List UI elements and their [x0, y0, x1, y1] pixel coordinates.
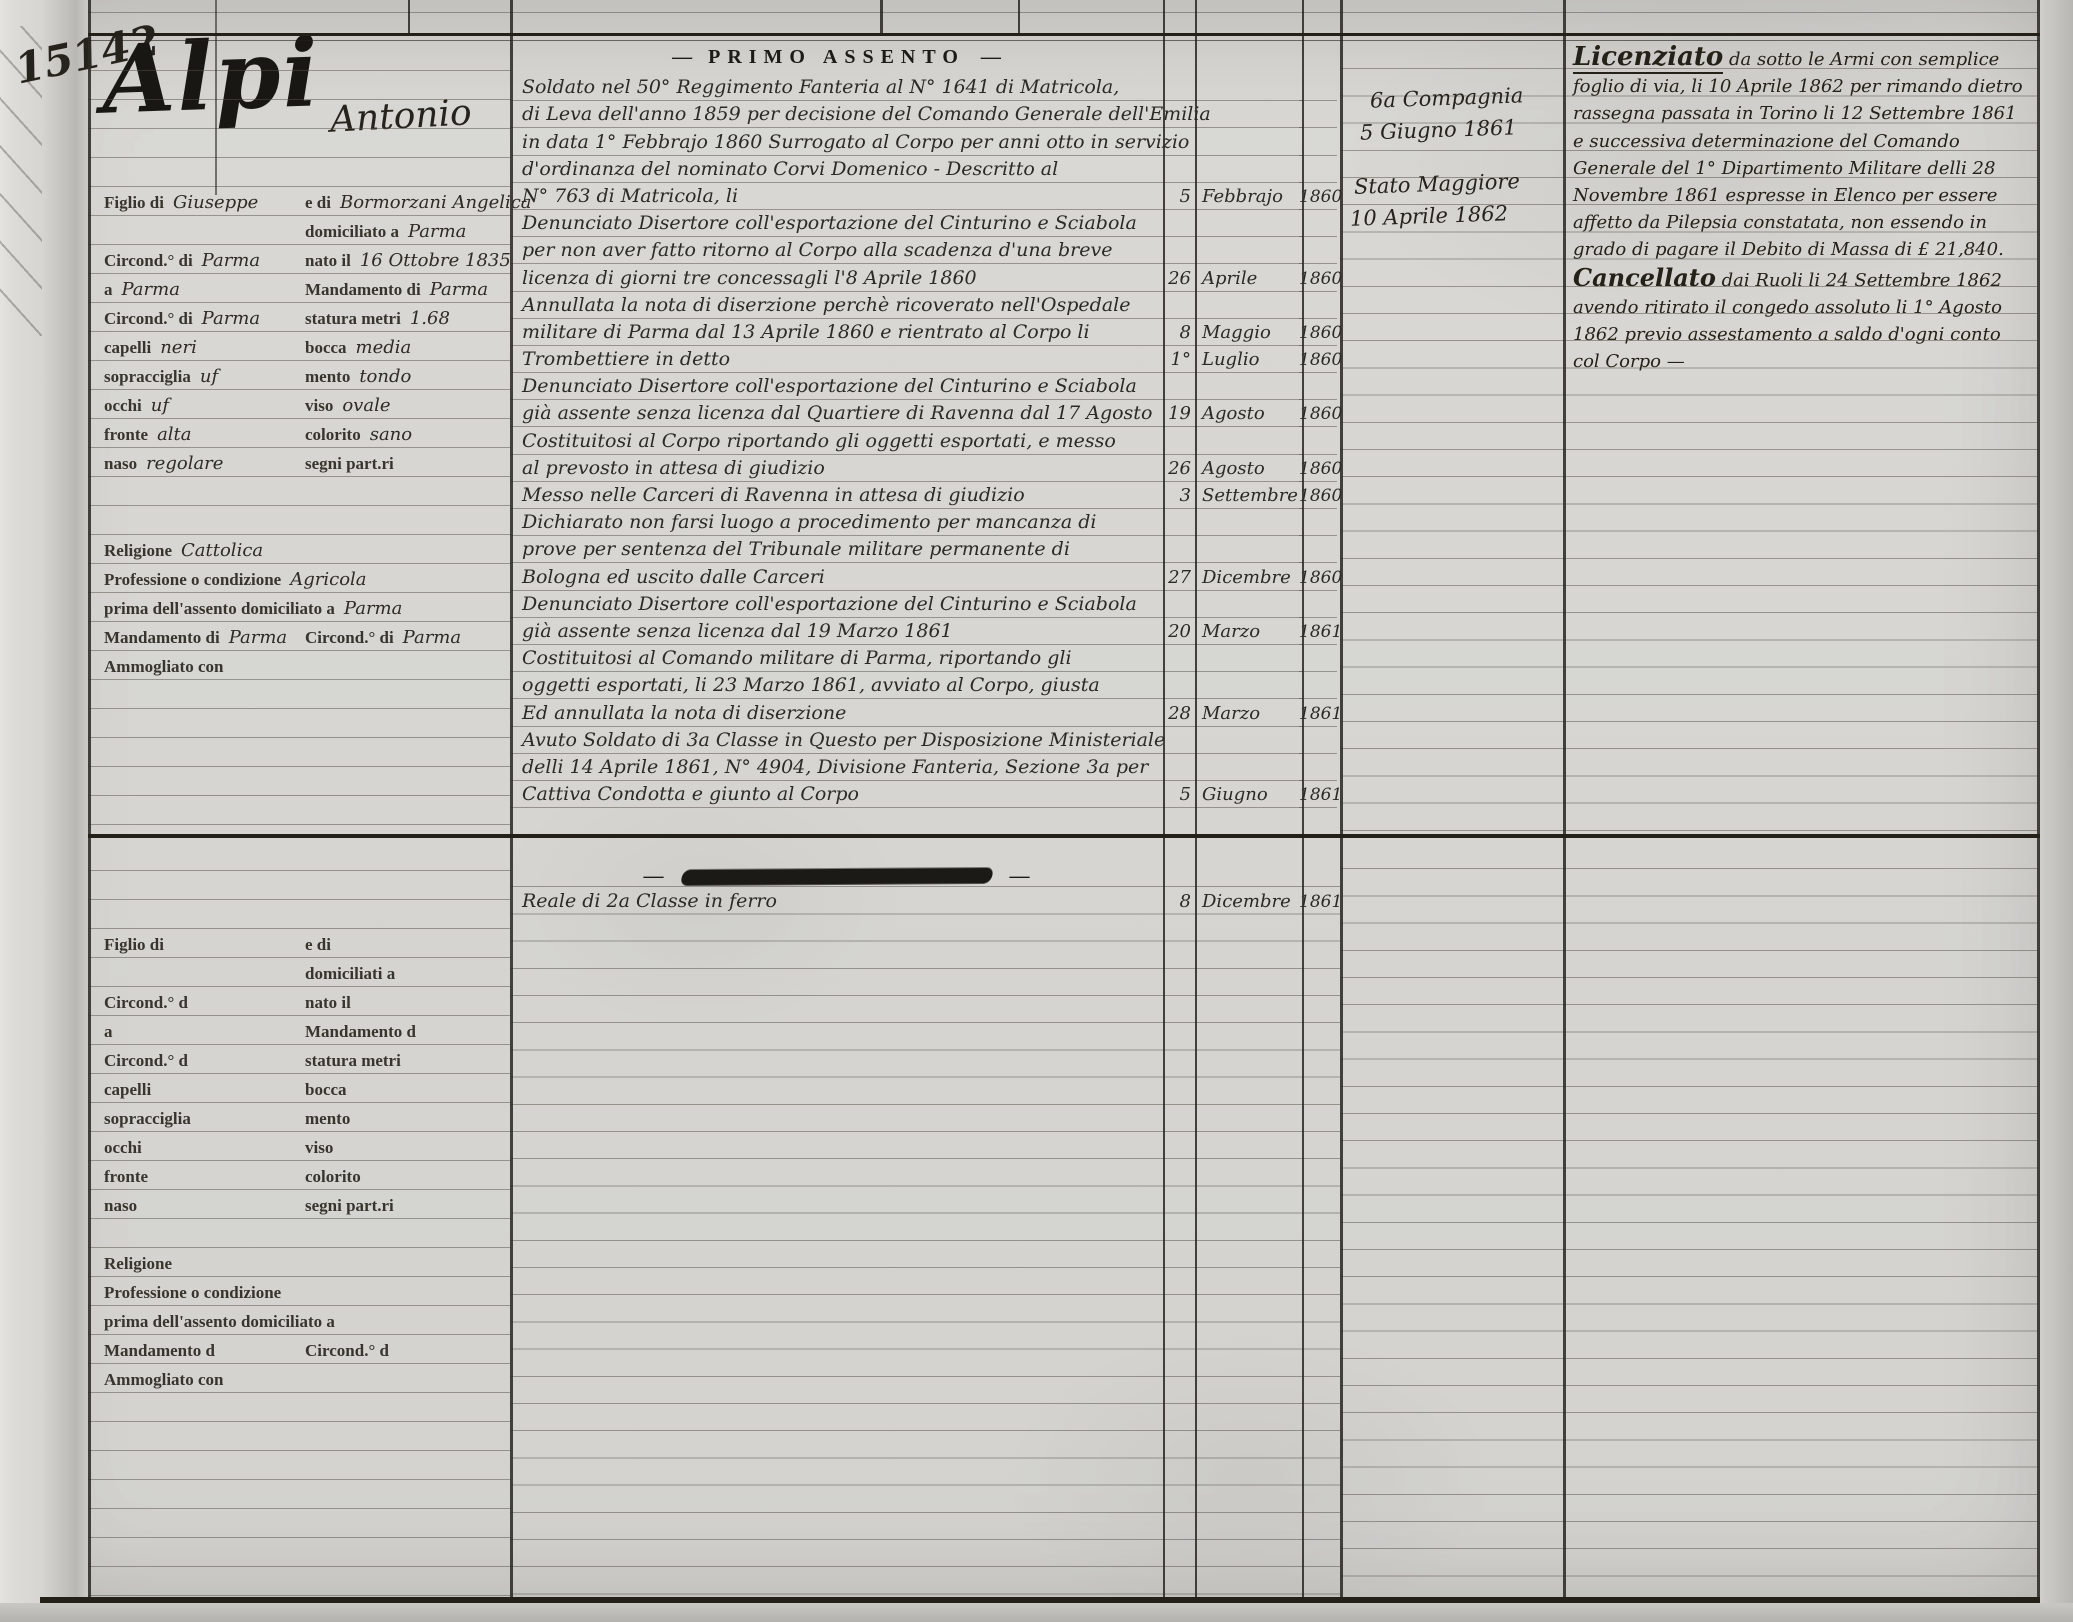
title-dash: — [644, 865, 664, 888]
service-date-year: 1860 [1299, 455, 1337, 482]
field-label: Circond.° d [305, 1341, 389, 1361]
field-value: Parma [202, 250, 260, 271]
service-text: per non aver fatto ritorno al Corpo alla… [510, 237, 1163, 264]
field-value: Parma [408, 221, 466, 242]
field-label: Professione o condizione [104, 570, 281, 590]
service-date-year [1299, 727, 1337, 754]
service-date-month: Giugno [1195, 781, 1302, 808]
detail-row [88, 1219, 510, 1248]
detail-row: Ammogliato con [88, 651, 510, 680]
service-date-day [1163, 645, 1195, 672]
service-date-day: 3 [1163, 482, 1195, 509]
detail-row: Religione [88, 1248, 510, 1277]
service-date-month [1195, 237, 1302, 264]
service-date-day: 8 [1163, 319, 1195, 346]
service-date-year [1299, 237, 1337, 264]
field-label: colorito [305, 1167, 361, 1187]
service-date-day [1163, 101, 1195, 128]
detail-field-left: Figlio di [104, 935, 305, 955]
company-column-record2 [1340, 842, 1563, 1597]
service-date-day [1163, 672, 1195, 699]
company-column-record1: 6a Compagnia 5 Giugno 1861 Stato Maggior… [1340, 42, 1563, 834]
detail-row: Circond.° di Parma nato il 16 Ottobre 18… [88, 245, 510, 274]
detail-row: Mandamento di Parma Circond.° di Parma [88, 622, 510, 651]
service-date-year: 1860 [1299, 183, 1337, 210]
section2-title: — — [510, 865, 1163, 888]
detail-field-left: a [104, 1022, 305, 1042]
service-text: Denunciato Disertore coll'esportazione d… [510, 591, 1163, 618]
service-date-month: Agosto [1195, 400, 1302, 427]
field-label: sopracciglia [104, 1109, 191, 1129]
field-label: e di [305, 935, 331, 955]
service-date-day: 27 [1163, 563, 1195, 590]
margin-note: Cancellato dai Ruoli li 24 Settembre 186… [1563, 264, 2037, 376]
service-row: N° 763 di Matricola, li 5 Febbrajo 1860 [510, 183, 1340, 210]
service-text: licenza di giorni tre concessagli l'8 Ap… [510, 264, 1163, 291]
detail-field-left: Ammogliato con [104, 657, 305, 677]
detail-row: Professione o condizione Agricola [88, 564, 510, 593]
field-value: Giuseppe [173, 192, 258, 213]
field-label: fronte [104, 1167, 148, 1187]
service-date-year [1299, 373, 1337, 400]
field-label: segni part.ri [305, 454, 394, 474]
service-date-day [1163, 237, 1195, 264]
field-value: Cattolica [181, 540, 263, 561]
detail-row [88, 871, 510, 900]
service-date-day [1163, 74, 1195, 101]
field-value: 16 Ottobre 1835 [360, 250, 511, 271]
field-label: Figlio di [104, 193, 164, 213]
service-text: N° 763 di Matricola, li [510, 183, 1163, 210]
section-title-primo-assento: — PRIMO ASSENTO — [510, 46, 1163, 69]
field-label: Religione [104, 541, 172, 561]
vertical-rule-left-border [88, 0, 91, 1603]
service-text: in data 1° Febbrajo 1860 Surrogato al Co… [510, 128, 1163, 155]
service-date-month: Febbrajo [1195, 183, 1302, 210]
detail-field-right: statura metri [305, 1051, 506, 1071]
service-row: d'ordinanza del nominato Corvi Domenico … [510, 156, 1340, 183]
service-date-month [1195, 74, 1302, 101]
service-row: Reale di 2a Classe in ferro 8 Dicembre 1… [510, 887, 1340, 914]
field-label: a [104, 280, 113, 300]
field-value: Parma [344, 598, 402, 619]
field-label: Mandamento d [104, 1341, 215, 1361]
detail-field-right: Circond.° di Parma [305, 627, 506, 648]
service-date-year [1299, 672, 1337, 699]
detail-field-left: Religione [104, 1254, 305, 1274]
detail-field-right: Mandamento di Parma [305, 279, 506, 300]
service-row: Denunciato Disertore coll'esportazione d… [510, 210, 1340, 237]
service-date-year: 1860 [1299, 264, 1337, 291]
detail-field-left: Religione Cattolica [104, 540, 305, 561]
detail-row: naso regolare segni part.ri [88, 448, 510, 477]
service-date-day [1163, 210, 1195, 237]
detail-field-right: e di Bormorzani Angelica [305, 192, 506, 213]
detail-field-left: Circond.° di Parma [104, 308, 305, 329]
service-date-year [1299, 536, 1337, 563]
service-text: prove per sentenza del Tribunale militar… [510, 536, 1163, 563]
service-row: Messo nelle Carceri di Ravenna in attesa… [510, 482, 1340, 509]
service-text: delli 14 Aprile 1861, N° 4904, Divisione… [510, 754, 1163, 781]
detail-field-right: mento [305, 1109, 506, 1129]
detail-field-right: statura metri 1.68 [305, 308, 506, 329]
service-text: Costituitosi al Comando militare di Parm… [510, 645, 1163, 672]
detail-row [88, 506, 510, 535]
detail-row: Ammogliato con [88, 1364, 510, 1393]
field-value: 1.68 [410, 308, 450, 329]
detail-field-right: nato il 16 Ottobre 1835 [305, 250, 506, 271]
detail-field-right: domiciliati a [305, 964, 506, 984]
service-date-day: 19 [1163, 400, 1195, 427]
field-value: media [356, 337, 412, 358]
detail-row: naso segni part.ri [88, 1190, 510, 1219]
field-label: a [104, 1022, 113, 1042]
field-value: Parma [403, 627, 461, 648]
field-label: Circond.° di [305, 628, 394, 648]
service-date-day [1163, 591, 1195, 618]
service-date-day [1163, 427, 1195, 454]
detail-row: Circond.° di Parma statura metri 1.68 [88, 303, 510, 332]
service-date-day [1163, 128, 1195, 155]
detail-row [88, 1393, 510, 1422]
margin-note-lead: Licenziato [1573, 42, 1723, 74]
section-title-text: PRIMO ASSENTO [708, 46, 965, 69]
field-value: ovale [342, 395, 390, 416]
service-date-year: 1861 [1299, 887, 1337, 914]
service-row: Costituitosi al Comando militare di Parm… [510, 645, 1340, 672]
detail-field-left: naso regolare [104, 453, 305, 474]
field-value: Parma [430, 279, 488, 300]
detail-field-right: Circond.° d [305, 1341, 506, 1361]
service-date-year: 1860 [1299, 319, 1337, 346]
service-date-day: 5 [1163, 781, 1195, 808]
vertical-rule-number-column [215, 0, 217, 195]
service-date-month [1195, 156, 1302, 183]
detail-field-right: viso [305, 1138, 506, 1158]
field-value: neri [160, 337, 197, 358]
service-text: Denunciato Disertore coll'esportazione d… [510, 373, 1163, 400]
service-row: Ed annullata la nota di diserzione 28 Ma… [510, 699, 1340, 726]
field-label: Mandamento di [305, 280, 421, 300]
service-text: Cattiva Condotta e giunto al Corpo [510, 781, 1163, 808]
detail-field-left: Mandamento d [104, 1341, 305, 1361]
service-date-month [1195, 128, 1302, 155]
detail-row [88, 477, 510, 506]
service-date-year [1299, 754, 1337, 781]
service-date-day: 8 [1163, 887, 1195, 914]
service-row: in data 1° Febbrajo 1860 Surrogato al Co… [510, 128, 1340, 155]
horizontal-rule-record1-top [88, 33, 2040, 36]
detail-row [88, 158, 510, 187]
service-row: Denunciato Disertore coll'esportazione d… [510, 373, 1340, 400]
service-date-year [1299, 427, 1337, 454]
field-label: Religione [104, 1254, 172, 1274]
company-note-line: Stato Maggiore [1354, 169, 1521, 199]
field-label: mento [305, 1109, 350, 1129]
service-date-month [1195, 754, 1302, 781]
service-row: al prevosto in attesa di giudizio 26 Ago… [510, 455, 1340, 482]
field-value: sano [370, 424, 412, 445]
service-text: Denunciato Disertore coll'esportazione d… [510, 210, 1163, 237]
service-row: Bologna ed uscito dalle Carceri 27 Dicem… [510, 563, 1340, 590]
detail-field-left: fronte [104, 1167, 305, 1187]
service-date-year: 1860 [1299, 400, 1337, 427]
detail-row: Mandamento d Circond.° d [88, 1335, 510, 1364]
detail-row: a Mandamento d [88, 1016, 510, 1045]
detail-field-left: capelli neri [104, 337, 305, 358]
details-form-record2: Figlio di e di domiciliati a [88, 842, 510, 1597]
field-label: naso [104, 1196, 137, 1216]
detail-row: Figlio di Giuseppe e di Bormorzani Angel… [88, 187, 510, 216]
detail-row [88, 100, 510, 129]
service-date-day: 28 [1163, 699, 1195, 726]
service-date-month [1195, 536, 1302, 563]
detail-field-left: sopracciglia [104, 1109, 305, 1129]
detail-field-right: colorito [305, 1167, 506, 1187]
detail-field-right: segni part.ri [305, 1196, 506, 1216]
detail-row [88, 900, 510, 929]
field-label: Circond.° di [104, 309, 193, 329]
service-row: Trombettiere in detto 1° Luglio 1860 [510, 346, 1340, 373]
field-label: occhi [104, 1138, 142, 1158]
field-label: domiciliato a [305, 222, 399, 242]
field-label: segni part.ri [305, 1196, 394, 1216]
service-date-year [1299, 74, 1337, 101]
field-value: uf [151, 395, 169, 416]
field-label: Mandamento d [305, 1022, 416, 1042]
margin-note: Licenziato da sotto le Armi con semplice… [1563, 46, 2037, 264]
detail-row: a Parma Mandamento di Parma [88, 274, 510, 303]
field-value: uf [200, 366, 218, 387]
service-date-month: Dicembre [1195, 887, 1302, 914]
details-form-record1: Figlio di Giuseppe e di Bormorzani Angel… [88, 42, 510, 834]
service-text: d'ordinanza del nominato Corvi Domenico … [510, 156, 1163, 183]
service-date-month [1195, 645, 1302, 672]
horizontal-rule-record1-top-inner [88, 40, 2040, 41]
field-label: viso [305, 1138, 333, 1158]
service-date-year [1299, 591, 1337, 618]
service-date-month: Agosto [1195, 455, 1302, 482]
detail-row: domiciliati a [88, 958, 510, 987]
field-label: mento [305, 367, 350, 387]
field-value: Bormorzani Angelica [340, 192, 532, 213]
field-label: Mandamento di [104, 628, 220, 648]
detail-field-right: bocca [305, 1080, 506, 1100]
service-date-month [1195, 101, 1302, 128]
service-text: Messo nelle Carceri di Ravenna in attesa… [510, 482, 1163, 509]
detail-field-left: sopracciglia uf [104, 366, 305, 387]
detail-field-right: domiciliato a Parma [305, 221, 506, 242]
detail-field-left: Circond.° di Parma [104, 250, 305, 271]
detail-field-right: viso ovale [305, 395, 506, 416]
margin-note-text: da sotto le Armi con semplice foglio di … [1573, 49, 2023, 260]
service-date-day [1163, 536, 1195, 563]
vertical-rule-details-main [510, 0, 513, 1603]
service-date-year: 1861 [1299, 618, 1337, 645]
detail-row [88, 1509, 510, 1538]
vertical-rule-month-column [1195, 0, 1197, 1603]
service-date-day [1163, 156, 1195, 183]
field-label: colorito [305, 425, 361, 445]
service-text: Bologna ed uscito dalle Carceri [510, 563, 1163, 590]
detail-row: prima dell'assento domiciliato a Parma [88, 593, 510, 622]
detail-row: domiciliato a Parma [88, 216, 510, 245]
service-row: Cattiva Condotta e giunto al Corpo 5 Giu… [510, 781, 1340, 808]
detail-row: sopracciglia uf mento tondo [88, 361, 510, 390]
service-date-year: 1861 [1299, 781, 1337, 808]
service-date-month: Maggio [1195, 319, 1302, 346]
bottom-page-edge [0, 1603, 2073, 1622]
margin-notes-column-record2 [1563, 842, 2037, 1597]
detail-row: fronte colorito [88, 1161, 510, 1190]
section2-main-area: — — Reale di 2a Classe in ferro 8 Dicemb… [510, 860, 1340, 1595]
vertical-rule-notes-column [1563, 0, 1566, 1603]
field-label: Ammogliato con [104, 657, 223, 677]
service-date-month [1195, 727, 1302, 754]
field-label: domiciliati a [305, 964, 395, 984]
horizontal-rule-record-divider [88, 834, 2040, 838]
service-date-month: Settembre [1195, 482, 1302, 509]
field-label: e di [305, 193, 331, 213]
service-text: già assente senza licenza dal 19 Marzo 1… [510, 618, 1163, 645]
vertical-rule-top-strip [408, 0, 410, 33]
detail-row: Professione o condizione [88, 1277, 510, 1306]
service-date-year [1299, 210, 1337, 237]
field-label: naso [104, 454, 137, 474]
company-note-date: 10 Aprile 1862 [1350, 201, 1509, 231]
field-label: prima dell'assento domiciliato a [104, 599, 335, 619]
detail-field-left: prima dell'assento domiciliato a [104, 1312, 305, 1332]
service-text: Annullata la nota di diserzione perchè r… [510, 292, 1163, 319]
detail-field-right: mento tondo [305, 366, 506, 387]
service-date-month: Aprile [1195, 264, 1302, 291]
title-dash: — [672, 46, 692, 69]
detail-row [88, 680, 510, 709]
service-text: oggetti esportati, li 23 Marzo 1861, avv… [510, 672, 1163, 699]
detail-field-left: Figlio di Giuseppe [104, 192, 305, 213]
redacted-section-title-bar [679, 868, 993, 885]
margin-notes-column-record1: Licenziato da sotto le Armi con semplice… [1563, 42, 2037, 834]
field-label: Circond.° d [104, 993, 188, 1013]
service-text: militare di Parma dal 13 Aprile 1860 e r… [510, 319, 1163, 346]
service-text: di Leva dell'anno 1859 per decisione del… [510, 101, 1163, 128]
service-date-day [1163, 292, 1195, 319]
field-label: capelli [104, 1080, 151, 1100]
detail-row: prima dell'assento domiciliato a [88, 1306, 510, 1335]
detail-field-left: Circond.° d [104, 993, 305, 1013]
company-note-date: 5 Giugno 1861 [1360, 115, 1518, 144]
field-label: prima dell'assento domiciliato a [104, 1312, 335, 1332]
detail-row: Religione Cattolica [88, 535, 510, 564]
service-date-month [1195, 427, 1302, 454]
service-row: per non aver fatto ritorno al Corpo alla… [510, 237, 1340, 264]
service-row: Costituitosi al Corpo riportando gli ogg… [510, 427, 1340, 454]
service-text: Soldato nel 50° Reggimento Fanteria al N… [510, 74, 1163, 101]
field-value: Agricola [290, 569, 366, 590]
field-label: Figlio di [104, 935, 164, 955]
detail-field-left: fronte alta [104, 424, 305, 445]
field-label: fronte [104, 425, 148, 445]
detail-row [88, 738, 510, 767]
detail-field-left: occhi uf [104, 395, 305, 416]
service-date-day [1163, 373, 1195, 400]
service-date-year: 1860 [1299, 563, 1337, 590]
field-label: viso [305, 396, 333, 416]
service-date-year: 1860 [1299, 346, 1337, 373]
detail-row: occhi uf viso ovale [88, 390, 510, 419]
service-date-day [1163, 727, 1195, 754]
service-row: già assente senza licenza dal Quartiere … [510, 400, 1340, 427]
detail-field-right: nato il [305, 993, 506, 1013]
service-date-month: Marzo [1195, 618, 1302, 645]
service-date-month: Marzo [1195, 699, 1302, 726]
service-date-month [1195, 672, 1302, 699]
service-text: Avuto Soldato di 3a Classe in Questo per… [510, 727, 1163, 754]
service-row: Denunciato Disertore coll'esportazione d… [510, 591, 1340, 618]
service-text: Costituitosi al Corpo riportando gli ogg… [510, 427, 1163, 454]
service-date-month [1195, 591, 1302, 618]
detail-field-left: prima dell'assento domiciliato a Parma [104, 598, 305, 619]
detail-field-right: e di [305, 935, 506, 955]
right-page-edge [2040, 0, 2073, 1622]
detail-row [88, 709, 510, 738]
service-record-table: Soldato nel 50° Reggimento Fanteria al N… [510, 74, 1340, 808]
detail-row: Circond.° d statura metri [88, 1045, 510, 1074]
detail-row [88, 129, 510, 158]
detail-field-left: Professione o condizione Agricola [104, 569, 305, 590]
field-label: nato il [305, 251, 351, 271]
service-date-month [1195, 509, 1302, 536]
detail-field-left: Mandamento di Parma [104, 627, 305, 648]
field-label: sopracciglia [104, 367, 191, 387]
service-text: Ed annullata la nota di diserzione [510, 699, 1163, 726]
field-label: statura metri [305, 309, 401, 329]
service-text: Trombettiere in detto [510, 346, 1163, 373]
ledger-page: 15142 Alpi Antonio [0, 0, 2073, 1622]
service-date-month: Luglio [1195, 346, 1302, 373]
detail-row: fronte alta colorito sano [88, 419, 510, 448]
field-label: nato il [305, 993, 351, 1013]
service-date-month [1195, 292, 1302, 319]
vertical-rule-day-column [1163, 0, 1165, 1603]
vertical-rule-year-column [1302, 0, 1304, 1603]
detail-row [88, 1422, 510, 1451]
service-row: Annullata la nota di diserzione perchè r… [510, 292, 1340, 319]
service-date-year [1299, 509, 1337, 536]
detail-row [88, 1567, 510, 1596]
vertical-rule-top-strip [1018, 0, 1020, 33]
detail-row: capelli neri bocca media [88, 332, 510, 361]
service-row: Dichiarato non farsi luogo a procediment… [510, 509, 1340, 536]
field-value: regolare [146, 453, 223, 474]
field-label: statura metri [305, 1051, 401, 1071]
detail-row [88, 767, 510, 796]
detail-field-left: capelli [104, 1080, 305, 1100]
service-row: già assente senza licenza dal 19 Marzo 1… [510, 618, 1340, 645]
detail-field-right: colorito sano [305, 424, 506, 445]
service-row: licenza di giorni tre concessagli l'8 Ap… [510, 264, 1340, 291]
detail-field-left: Ammogliato con [104, 1370, 305, 1390]
service-row: prove per sentenza del Tribunale militar… [510, 536, 1340, 563]
field-value: Parma [122, 279, 180, 300]
field-label: Circond.° d [104, 1051, 188, 1071]
field-label: bocca [305, 1080, 347, 1100]
detail-field-right: bocca media [305, 337, 506, 358]
service-date-year [1299, 156, 1337, 183]
detail-field-left: naso [104, 1196, 305, 1216]
detail-field-left: Professione o condizione [104, 1283, 305, 1303]
company-note-line: 6a Compagnia [1370, 83, 1524, 112]
